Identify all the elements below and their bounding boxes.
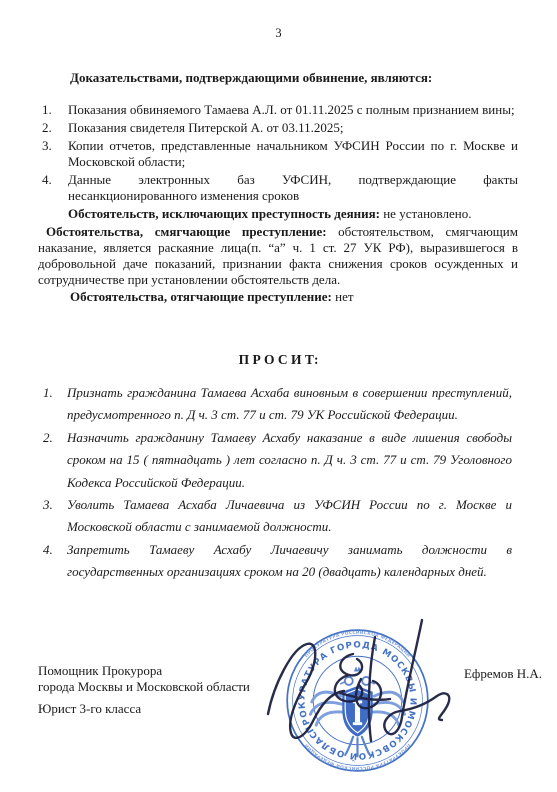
evidence-item: 4. Данные электронных баз УФСИН, подтвер… [38, 172, 518, 204]
evidence-block: 1. Показания обвиняемого Тамаева А.Л. от… [38, 102, 518, 305]
request-item: 2. Назначить гражданину Тамаеву Асхабу н… [38, 427, 512, 494]
request-item-text: Признать гражданина Тамаева Асхаба винов… [67, 385, 512, 422]
request-item: 1. Признать гражданина Тамаева Асхаба ви… [38, 382, 512, 427]
request-heading: П Р О С И Т: [0, 352, 557, 368]
evidence-item-text: Показания обвиняемого Тамаева А.Л. от 01… [68, 102, 515, 117]
mitigating-circumstances-paragraph: Обстоятельства, смягчающие преступление:… [38, 224, 518, 288]
excluding-circumstances-line: Обстоятельств, исключающих преступность … [38, 206, 518, 222]
request-item-text: Назначить гражданину Тамаеву Асхабу нака… [67, 430, 512, 490]
list-number: 2. [42, 120, 52, 136]
handwritten-signature-icon [256, 608, 468, 760]
evidence-item-text: Копии отчетов, представленные начальнико… [68, 138, 518, 169]
aggravating-label: Обстоятельства, отягчающие преступление: [70, 289, 332, 304]
evidence-item: 1. Показания обвиняемого Тамаева А.Л. от… [38, 102, 518, 118]
excluding-value: не установлено. [380, 206, 472, 221]
list-number: 3. [43, 494, 53, 516]
page-number: 3 [0, 26, 557, 41]
request-list: 1. Признать гражданина Тамаева Асхаба ви… [38, 382, 512, 584]
evidence-item: 2. Показания свидетеля Питерской А. от 0… [38, 120, 518, 136]
excluding-label: Обстоятельств, исключающих преступность … [68, 206, 380, 221]
evidence-item-text: Данные электронных баз УФСИН, подтвержда… [68, 172, 518, 203]
list-number: 1. [43, 382, 53, 404]
signoff-position-block: Помощник Прокурора города Москвы и Моско… [38, 663, 250, 717]
signoff-rank: Юрист 3-го класса [38, 701, 250, 717]
aggravating-value: нет [332, 289, 354, 304]
list-number: 2. [43, 427, 53, 449]
signoff-position-line2: города Москвы и Московской области [38, 679, 250, 695]
list-number: 4. [42, 172, 52, 188]
list-number: 3. [42, 138, 52, 154]
evidence-heading: Доказательствами, подтверждающими обвине… [38, 70, 518, 86]
mitigating-label: Обстоятельства, смягчающие преступление: [46, 224, 327, 239]
aggravating-circumstances-line: Обстоятельства, отягчающие преступление:… [38, 289, 518, 305]
signoff-name: Ефремов Н.А. [464, 666, 542, 682]
request-item: 3. Уволить Тамаева Асхаба Личаевича из У… [38, 494, 512, 539]
list-number: 1. [42, 102, 52, 118]
signoff-position-line1: Помощник Прокурора [38, 663, 250, 679]
evidence-item: 3. Копии отчетов, представленные начальн… [38, 138, 518, 170]
document-page: 3 Доказательствами, подтверждающими обви… [0, 0, 557, 792]
request-item: 4. Запретить Тамаеву Асхабу Личаевичу за… [38, 539, 512, 584]
request-item-text: Запретить Тамаеву Асхабу Личаевичу заним… [67, 542, 512, 579]
list-number: 4. [43, 539, 53, 561]
evidence-item-text: Показания свидетеля Питерской А. от 03.1… [68, 120, 343, 135]
request-item-text: Уволить Тамаева Асхаба Личаевича из УФСИ… [67, 497, 512, 534]
